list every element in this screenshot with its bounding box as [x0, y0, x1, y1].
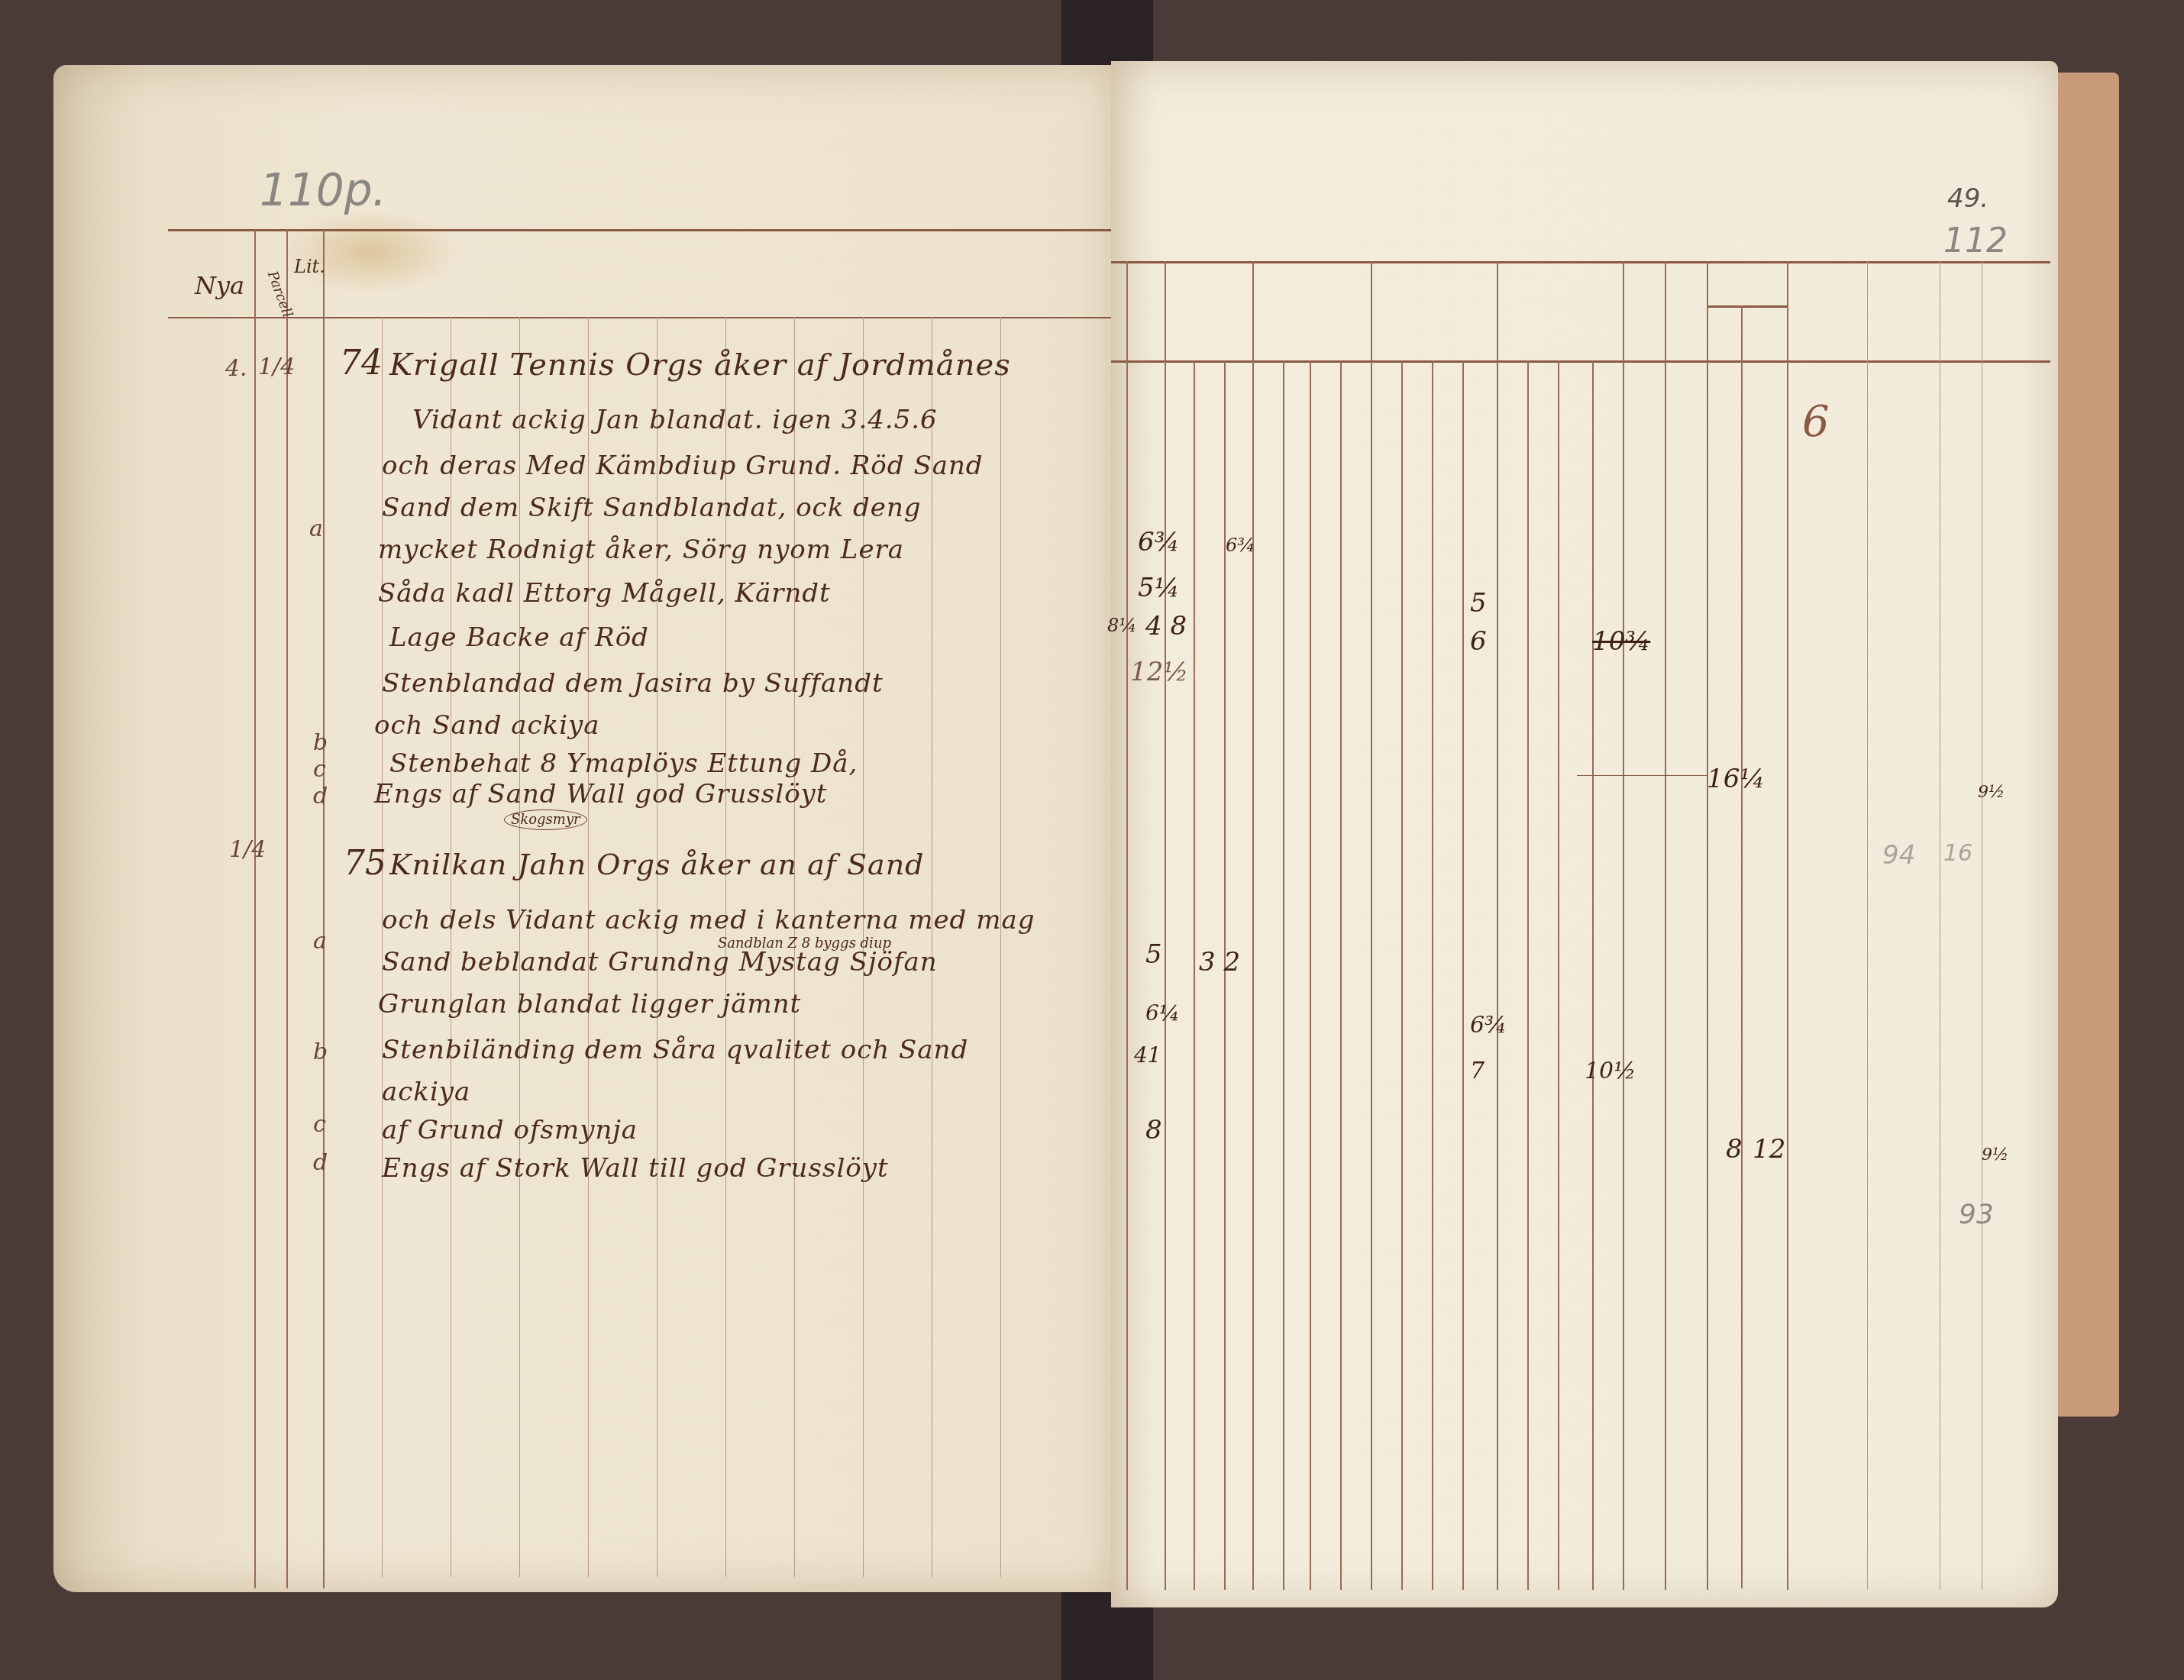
value-cell: 6¾ — [1138, 527, 1180, 557]
entry-line: Engs af Sand Wall god Grusslöyt — [374, 779, 827, 809]
sub-letter-b: b — [313, 729, 328, 756]
entry-line: Krigall Tennis Orgs åker af Jordmånes — [389, 347, 1011, 383]
value-cell: 10¾ — [1592, 626, 1650, 657]
col-rule — [1194, 360, 1195, 1590]
pencil-note: 93 — [1959, 1199, 1994, 1230]
value-cell: 12 — [1753, 1134, 1785, 1165]
entry-line: Såda kadl Ettorg Mågell, Kärndt — [378, 578, 831, 609]
col-rule — [1665, 261, 1666, 1590]
col-rule — [1283, 360, 1284, 1590]
pencil-note: 16 — [1943, 840, 1972, 867]
entry-line: Grunglan blandat ligger jämnt — [378, 989, 801, 1019]
pencil-mark: 110p. — [260, 164, 386, 216]
faint-rule — [1867, 261, 1868, 1590]
entry-nya: 1/4 — [229, 836, 266, 863]
col-rule-parcell — [286, 229, 288, 1588]
header-nya: Nya — [195, 271, 244, 300]
pencil-note: 94 — [1882, 840, 1915, 871]
col-rule — [1165, 261, 1166, 1590]
right-page: 49. 112 6 6¾ 6¾ 5¼ 4 8 8¼ 12½ 5 6 10¾ 16… — [1111, 61, 2058, 1607]
value-cell: 6¼ — [1145, 1000, 1180, 1026]
faint-rule — [1940, 261, 1940, 1590]
entry-line: af Grund ofsmynja — [382, 1115, 638, 1145]
faint-rule — [1000, 317, 1001, 1577]
header-top-rule — [168, 229, 1115, 231]
col-rule — [1462, 360, 1464, 1590]
entry-line: och dels Vidant ackig med i kanterna med… — [382, 905, 1035, 935]
pencil-page-number: 112 — [1943, 221, 2008, 260]
col-rule — [1401, 360, 1403, 1590]
subheader-rule — [1707, 305, 1787, 308]
value-cell: 5¼ — [1138, 573, 1180, 603]
value-cell: 6¾ — [1226, 535, 1255, 556]
folio-number: 49. — [1947, 183, 1989, 214]
col-rule — [1787, 261, 1788, 1590]
col-rule — [1497, 261, 1498, 1590]
value-cell: 5 — [1470, 588, 1487, 619]
header-lit: Lit. — [294, 256, 325, 277]
entry-line: mycket Rodnigt åker, Sörg nyom Lera — [378, 535, 904, 565]
value-cell: 7 — [1470, 1058, 1485, 1084]
value-cell: 9½ — [1982, 1145, 2008, 1165]
entry-line: Sand dem Skift Sandblandat, ock deng — [382, 493, 922, 523]
value-cell: 12½ — [1130, 657, 1188, 687]
sub-letter-d: d — [313, 1149, 328, 1176]
col-rule — [1592, 360, 1594, 1590]
entry-line: och deras Med Kämbdiup Grund. Röd Sand — [382, 451, 984, 481]
entry-line: Sand beblandat Grundng Mystag Sjöfan — [382, 947, 938, 977]
value-cell: 3 2 — [1199, 947, 1240, 977]
value-cell: 8 — [1726, 1134, 1743, 1165]
value-cell: 8¼ — [1107, 615, 1137, 636]
col-rule — [1340, 360, 1342, 1590]
water-stain — [283, 210, 458, 294]
value-cell: 6 — [1470, 626, 1487, 657]
entry-annotation: Skogsmyr — [504, 809, 587, 830]
value-cell: 16¼ — [1707, 764, 1765, 794]
sub-letter-d: d — [313, 783, 328, 809]
faint-rule — [1982, 261, 1982, 1590]
entry-number: 75 — [344, 844, 386, 883]
entry-line: Stenbehat 8 Ymaplöys Ettung Då, — [389, 748, 858, 779]
value-cell: 10½ — [1585, 1058, 1636, 1084]
col-rule — [1527, 360, 1529, 1590]
entry-line: Knilkan Jahn Orgs åker an af Sand — [389, 848, 924, 881]
entry-line: Stenblandad dem Jasira by Suffandt — [382, 668, 884, 699]
sub-letter-c: c — [313, 756, 326, 783]
header-bottom-rule — [168, 317, 1115, 318]
col-rule — [1623, 261, 1624, 1590]
entry-number: 74 — [340, 344, 383, 383]
col-rule-lit — [323, 229, 325, 1588]
left-page: 110p. Nya Parcell Lit. 4. 1/4 74 Krigall… — [53, 65, 1115, 1592]
value-cell: 5 — [1145, 939, 1162, 970]
value-cell: 8 — [1145, 1115, 1162, 1145]
col-rule — [1432, 360, 1433, 1590]
sum-rule — [1577, 775, 1707, 776]
value-cell: 9½ — [1978, 783, 2005, 802]
sub-letter-b: b — [313, 1039, 328, 1065]
header-mark: 6 — [1802, 397, 1830, 447]
col-rule — [1310, 360, 1311, 1590]
col-rule — [1252, 261, 1254, 1590]
entry-line: Engs af Stork Wall till god Grusslöyt — [382, 1153, 889, 1184]
entry-nya: 4. — [225, 355, 247, 382]
entry-line: och Sand ackiya — [374, 710, 600, 741]
value-cell: 6¾ — [1470, 1012, 1507, 1039]
col-rule — [1741, 305, 1743, 1588]
entry-line: Lage Backe af Röd — [389, 622, 649, 653]
entry-line: Stenbiländing dem Såra qvalitet och Sand — [382, 1035, 968, 1065]
col-rule — [1707, 261, 1708, 1590]
entry-parcell: 1/4 — [258, 354, 295, 380]
entry-line: ackiya — [382, 1077, 470, 1107]
entry-line: Vidant ackig Jan blandat. igen 3.4.5.6 — [412, 405, 938, 435]
col-rule — [1371, 261, 1372, 1590]
value-cell: 4 8 — [1145, 611, 1187, 641]
sub-letter-c: c — [313, 1111, 326, 1138]
sub-letter-a: a — [313, 928, 327, 955]
sub-letter-a: a — [309, 515, 323, 542]
col-rule — [1126, 261, 1128, 1590]
col-rule-nya — [254, 229, 256, 1588]
value-cell: 41 — [1134, 1042, 1161, 1068]
col-rule — [1558, 360, 1559, 1590]
